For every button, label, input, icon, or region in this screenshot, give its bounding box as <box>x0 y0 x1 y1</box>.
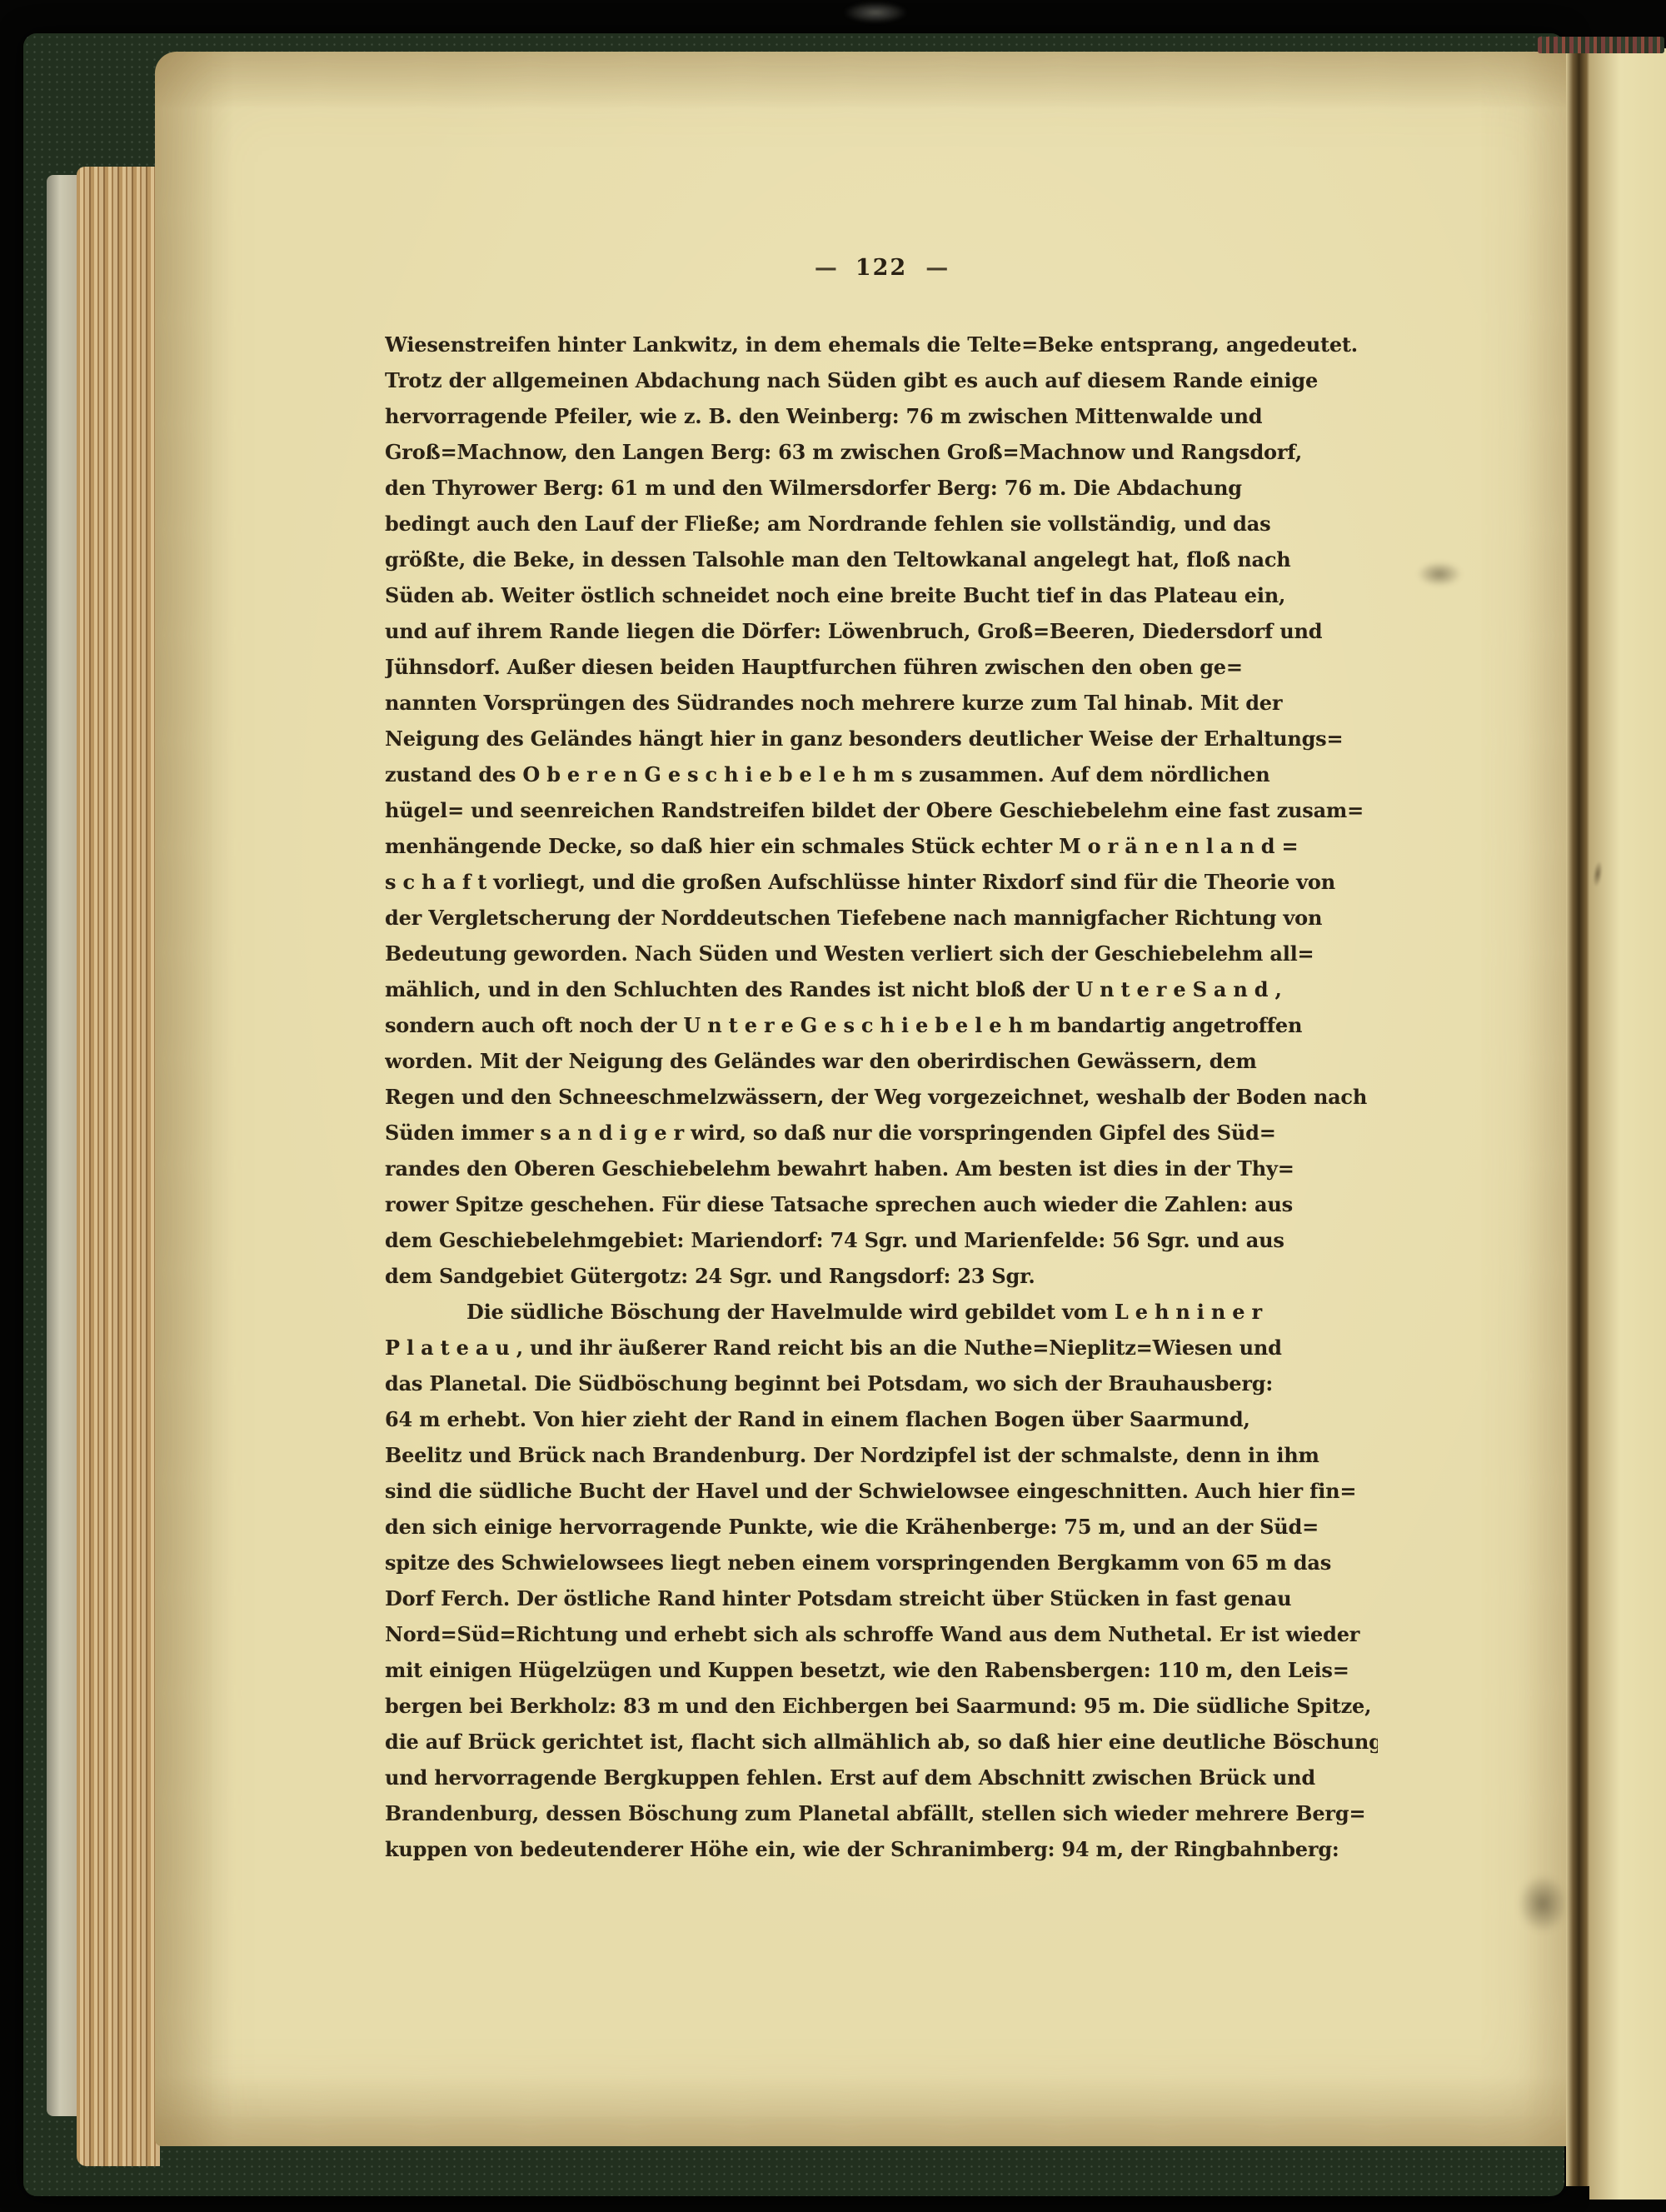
text-line: sind die südliche Bucht der Havel und de… <box>385 1473 1378 1509</box>
text-line: mit einigen Hügelzügen und Kuppen besetz… <box>385 1652 1378 1688</box>
text-line: das Planetal. Die Südböschung beginnt be… <box>385 1366 1378 1401</box>
page-stack-edges <box>77 167 160 2166</box>
text-line: Dorf Ferch. Der östliche Rand hinter Pot… <box>385 1580 1378 1616</box>
text-line: menhängende Decke, so daß hier ein schma… <box>385 828 1378 864</box>
text-line: die auf Brück gerichtet ist, flacht sich… <box>385 1724 1378 1760</box>
text-line: Süden immer s a n d i g e r wird, so daß… <box>385 1115 1378 1151</box>
page-number: —122— <box>385 255 1378 281</box>
text-line: und hervorragende Bergkuppen fehlen. Ers… <box>385 1760 1378 1795</box>
text-line: worden. Mit der Neigung des Geländes war… <box>385 1043 1378 1079</box>
text-block: Wiesenstreifen hinter Lankwitz, in dem e… <box>385 327 1378 1867</box>
text-line: Regen und den Schneeschmelzwässern, der … <box>385 1079 1378 1115</box>
text-line: größte, die Beke, in dessen Talsohle man… <box>385 542 1378 577</box>
book-photo: —122— Wiesenstreifen hinter Lankwitz, in… <box>0 0 1666 2212</box>
text-line: Die südliche Böschung der Havelmulde wir… <box>385 1294 1378 1330</box>
text-line: hervorragende Pfeiler, wie z. B. den Wei… <box>385 398 1378 434</box>
text-line: bedingt auch den Lauf der Fließe; am Nor… <box>385 506 1378 542</box>
header-left-dash: — <box>796 255 855 281</box>
text-line: dem Sandgebiet Gütergotz: 24 Sgr. und Ra… <box>385 1258 1378 1294</box>
text-line: der Vergletscherung der Norddeutschen Ti… <box>385 900 1378 936</box>
text-line: Süden ab. Weiter östlich schneidet noch … <box>385 577 1378 613</box>
text-line: randes den Oberen Geschiebelehm bewahrt … <box>385 1151 1378 1186</box>
text-line: zustand des O b e r e n G e s c h i e b … <box>385 756 1378 792</box>
ink-smudge <box>1417 562 1462 587</box>
gutter-stain <box>1518 1875 1568 1933</box>
book-page: —122— Wiesenstreifen hinter Lankwitz, in… <box>155 52 1569 2146</box>
text-line: Nord=Süd=Richtung und erhebt sich als sc… <box>385 1616 1378 1652</box>
flyleaf-edge <box>47 175 80 2116</box>
text-line: Brandenburg, dessen Böschung zum Planeta… <box>385 1795 1378 1831</box>
text-line: spitze des Schwielowsees liegt neben ein… <box>385 1545 1378 1580</box>
text-line: Jühnsdorf. Außer diesen beiden Hauptfurc… <box>385 649 1378 685</box>
dust-smudge <box>843 2 908 23</box>
text-line: kuppen von bedeutenderer Höhe ein, wie d… <box>385 1831 1378 1867</box>
text-line: mählich, und in den Schluchten des Rande… <box>385 971 1378 1007</box>
text-line: hügel= und seenreichen Randstreifen bild… <box>385 792 1378 828</box>
text-line: nannten Vorsprüngen des Südrandes noch m… <box>385 685 1378 721</box>
text-line: Wiesenstreifen hinter Lankwitz, in dem e… <box>385 327 1378 362</box>
text-line: rower Spitze geschehen. Für diese Tatsac… <box>385 1186 1378 1222</box>
text-line: Bedeutung geworden. Nach Süden und Weste… <box>385 936 1378 971</box>
text-line: den sich einige hervorragende Punkte, wi… <box>385 1509 1378 1545</box>
text-line: und auf ihrem Rande liegen die Dörfer: L… <box>385 613 1378 649</box>
text-line: Trotz der allgemeinen Abdachung nach Süd… <box>385 362 1378 398</box>
text-line: Groß=Machnow, den Langen Berg: 63 m zwis… <box>385 434 1378 470</box>
text-line: s c h a f t vorliegt, und die großen Auf… <box>385 864 1378 900</box>
text-line: 64 m erhebt. Von hier zieht der Rand in … <box>385 1401 1378 1437</box>
text-line: P l a t e a u , und ihr äußerer Rand rei… <box>385 1330 1378 1366</box>
text-line: sondern auch oft noch der U n t e r e G … <box>385 1007 1378 1043</box>
header-right-dash: — <box>907 255 966 281</box>
adjacent-page-edge <box>1589 48 1666 2200</box>
text-line: bergen bei Berkholz: 83 m und den Eichbe… <box>385 1688 1378 1724</box>
text-line: Beelitz und Brück nach Brandenburg. Der … <box>385 1437 1378 1473</box>
page-number-value: 122 <box>855 255 907 281</box>
text-line: dem Geschiebelehmgebiet: Mariendorf: 74 … <box>385 1222 1378 1258</box>
book-gutter <box>1566 47 1591 2186</box>
spine-headband <box>1538 37 1664 53</box>
text-line: den Thyrower Berg: 61 m und den Wilmersd… <box>385 470 1378 506</box>
text-line: Neigung des Geländes hängt hier in ganz … <box>385 721 1378 756</box>
